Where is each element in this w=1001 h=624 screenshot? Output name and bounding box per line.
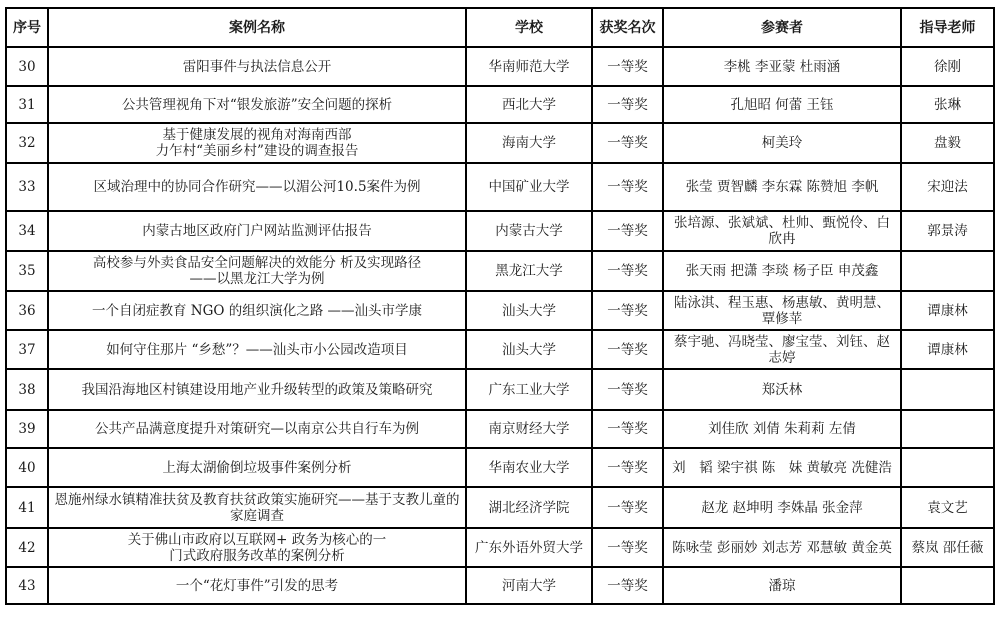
cell-index: 33 xyxy=(6,163,48,211)
cell-case-name: 雷阳事件与执法信息公开 xyxy=(48,47,466,86)
cell-school: 汕头大学 xyxy=(466,291,592,330)
cell-award: 一等奖 xyxy=(592,291,663,330)
cell-advisor: 郭景涛 xyxy=(901,211,994,251)
cell-advisor: 张琳 xyxy=(901,86,994,123)
cell-advisor: 蔡岚 邵任薇 xyxy=(901,528,994,567)
cell-participants: 郑沃林 xyxy=(663,369,901,410)
cell-index: 36 xyxy=(6,291,48,330)
cell-award: 一等奖 xyxy=(592,369,663,410)
cell-index: 39 xyxy=(6,410,48,448)
cell-award: 一等奖 xyxy=(592,487,663,528)
cell-school: 华南师范大学 xyxy=(466,47,592,86)
cell-participants: 李桃 李亚蒙 杜雨涵 xyxy=(663,47,901,86)
cell-award: 一等奖 xyxy=(592,163,663,211)
table-row: 41 恩施州绿水镇精准扶贫及教育扶贫政策实施研究——基于支教儿童的家庭调查 湖北… xyxy=(6,487,994,528)
cell-award: 一等奖 xyxy=(592,47,663,86)
cell-school: 广东外语外贸大学 xyxy=(466,528,592,567)
cell-case-name: 高校参与外卖食品安全问题解决的效能分 析及实现路径——以黑龙江大学为例 xyxy=(48,251,466,291)
header-index: 序号 xyxy=(6,8,48,47)
cell-school: 汕头大学 xyxy=(466,330,592,369)
header-award: 获奖名次 xyxy=(592,8,663,47)
cell-index: 32 xyxy=(6,123,48,163)
header-school: 学校 xyxy=(466,8,592,47)
cell-participants: 刘佳欣 刘倩 朱莉莉 左倩 xyxy=(663,410,901,448)
cell-participants: 张天雨 把潇 李琰 杨子臣 申茂鑫 xyxy=(663,251,901,291)
cell-participants: 张培源、张斌斌、杜帅、甄悦伶、白欣冉 xyxy=(663,211,901,251)
table-row: 39 公共产品满意度提升对策研究—以南京公共自行车为例 南京财经大学 一等奖 刘… xyxy=(6,410,994,448)
table-row: 37 如何守住那片 “乡愁”？——汕头市小公园改造项目 汕头大学 一等奖 蔡宇驰… xyxy=(6,330,994,369)
table-row: 36 一个自闭症教育 NGO 的组织演化之路 ——汕头市学康 汕头大学 一等奖 … xyxy=(6,291,994,330)
cell-participants: 刘 韬 梁宇祺 陈 妹 黄敏亮 冼健浩 xyxy=(663,448,901,487)
cell-case-name: 恩施州绿水镇精准扶贫及教育扶贫政策实施研究——基于支教儿童的家庭调查 xyxy=(48,487,466,528)
cell-award: 一等奖 xyxy=(592,528,663,567)
cell-advisor xyxy=(901,410,994,448)
table-row: 40 上海太湖偷倒垃圾事件案例分析 华南农业大学 一等奖 刘 韬 梁宇祺 陈 妹… xyxy=(6,448,994,487)
cell-case-name: 公共管理视角下对“银发旅游”安全问题的探析 xyxy=(48,86,466,123)
table-row: 38 我国沿海地区村镇建设用地产业升级转型的政策及策略研究 广东工业大学 一等奖… xyxy=(6,369,994,410)
cell-advisor: 谭康林 xyxy=(901,330,994,369)
cell-school: 河南大学 xyxy=(466,567,592,604)
cell-participants: 赵龙 赵坤明 李姝晶 张金萍 xyxy=(663,487,901,528)
cell-award: 一等奖 xyxy=(592,330,663,369)
header-row: 序号 案例名称 学校 获奖名次 参赛者 指导老师 xyxy=(6,8,994,47)
table-row: 42 关于佛山市政府以互联网+ 政务为核心的一门式政府服务改革的案例分析 广东外… xyxy=(6,528,994,567)
cell-advisor xyxy=(901,567,994,604)
cell-school: 南京财经大学 xyxy=(466,410,592,448)
cell-case-name: 一个自闭症教育 NGO 的组织演化之路 ——汕头市学康 xyxy=(48,291,466,330)
cell-award: 一等奖 xyxy=(592,567,663,604)
table-row: 30 雷阳事件与执法信息公开 华南师范大学 一等奖 李桃 李亚蒙 杜雨涵 徐刚 xyxy=(6,47,994,86)
table-row: 32 基于健康发展的视角对海南西部力乍村“美丽乡村”建设的调查报告 海南大学 一… xyxy=(6,123,994,163)
cell-school: 黑龙江大学 xyxy=(466,251,592,291)
cell-participants: 潘琼 xyxy=(663,567,901,604)
cell-index: 38 xyxy=(6,369,48,410)
cell-index: 40 xyxy=(6,448,48,487)
cell-award: 一等奖 xyxy=(592,410,663,448)
cell-case-name: 一个“花灯事件”引发的思考 xyxy=(48,567,466,604)
cell-case-name: 内蒙古地区政府门户网站监测评估报告 xyxy=(48,211,466,251)
cell-participants: 柯美玲 xyxy=(663,123,901,163)
cell-index: 42 xyxy=(6,528,48,567)
cell-case-name: 区域治理中的协同合作研究——以湄公河10.5案件为例 xyxy=(48,163,466,211)
header-participants: 参赛者 xyxy=(663,8,901,47)
cell-advisor xyxy=(901,251,994,291)
header-advisor: 指导老师 xyxy=(901,8,994,47)
cell-participants: 张莹 贾智麟 李东霖 陈赞旭 李帆 xyxy=(663,163,901,211)
cell-school: 海南大学 xyxy=(466,123,592,163)
cell-advisor: 宋迎法 xyxy=(901,163,994,211)
cell-award: 一等奖 xyxy=(592,123,663,163)
cell-index: 31 xyxy=(6,86,48,123)
cell-participants: 蔡宇驰、冯晓莹、廖宝莹、刘钰、赵志婷 xyxy=(663,330,901,369)
cell-school: 内蒙古大学 xyxy=(466,211,592,251)
cell-case-name: 关于佛山市政府以互联网+ 政务为核心的一门式政府服务改革的案例分析 xyxy=(48,528,466,567)
cell-award: 一等奖 xyxy=(592,448,663,487)
cell-case-name: 基于健康发展的视角对海南西部力乍村“美丽乡村”建设的调查报告 xyxy=(48,123,466,163)
cell-advisor xyxy=(901,448,994,487)
cell-index: 35 xyxy=(6,251,48,291)
cell-case-name: 上海太湖偷倒垃圾事件案例分析 xyxy=(48,448,466,487)
awards-table: 序号 案例名称 学校 获奖名次 参赛者 指导老师 30 雷阳事件与执法信息公开 … xyxy=(5,7,995,605)
cell-award: 一等奖 xyxy=(592,251,663,291)
table-row: 34 内蒙古地区政府门户网站监测评估报告 内蒙古大学 一等奖 张培源、张斌斌、杜… xyxy=(6,211,994,251)
table-row: 35 高校参与外卖食品安全问题解决的效能分 析及实现路径——以黑龙江大学为例 黑… xyxy=(6,251,994,291)
cell-index: 30 xyxy=(6,47,48,86)
cell-participants: 陈咏莹 彭丽妙 刘志芳 邓慧敏 黄金英 xyxy=(663,528,901,567)
cell-school: 西北大学 xyxy=(466,86,592,123)
cell-case-name: 如何守住那片 “乡愁”？——汕头市小公园改造项目 xyxy=(48,330,466,369)
cell-index: 43 xyxy=(6,567,48,604)
cell-index: 41 xyxy=(6,487,48,528)
cell-participants: 陆泳淇、程玉惠、杨惠敏、黄明慧、覃修苹 xyxy=(663,291,901,330)
cell-school: 湖北经济学院 xyxy=(466,487,592,528)
cell-award: 一等奖 xyxy=(592,211,663,251)
header-case-name: 案例名称 xyxy=(48,8,466,47)
table-row: 33 区域治理中的协同合作研究——以湄公河10.5案件为例 中国矿业大学 一等奖… xyxy=(6,163,994,211)
cell-advisor: 盘毅 xyxy=(901,123,994,163)
cell-school: 华南农业大学 xyxy=(466,448,592,487)
table-row: 43 一个“花灯事件”引发的思考 河南大学 一等奖 潘琼 xyxy=(6,567,994,604)
table-row: 31 公共管理视角下对“银发旅游”安全问题的探析 西北大学 一等奖 孔旭昭 何蕾… xyxy=(6,86,994,123)
cell-award: 一等奖 xyxy=(592,86,663,123)
cell-advisor: 袁文艺 xyxy=(901,487,994,528)
cell-case-name: 我国沿海地区村镇建设用地产业升级转型的政策及策略研究 xyxy=(48,369,466,410)
cell-index: 34 xyxy=(6,211,48,251)
cell-advisor xyxy=(901,369,994,410)
cell-advisor: 谭康林 xyxy=(901,291,994,330)
cell-case-name: 公共产品满意度提升对策研究—以南京公共自行车为例 xyxy=(48,410,466,448)
cell-index: 37 xyxy=(6,330,48,369)
cell-school: 广东工业大学 xyxy=(466,369,592,410)
cell-advisor: 徐刚 xyxy=(901,47,994,86)
cell-school: 中国矿业大学 xyxy=(466,163,592,211)
cell-participants: 孔旭昭 何蕾 王钰 xyxy=(663,86,901,123)
